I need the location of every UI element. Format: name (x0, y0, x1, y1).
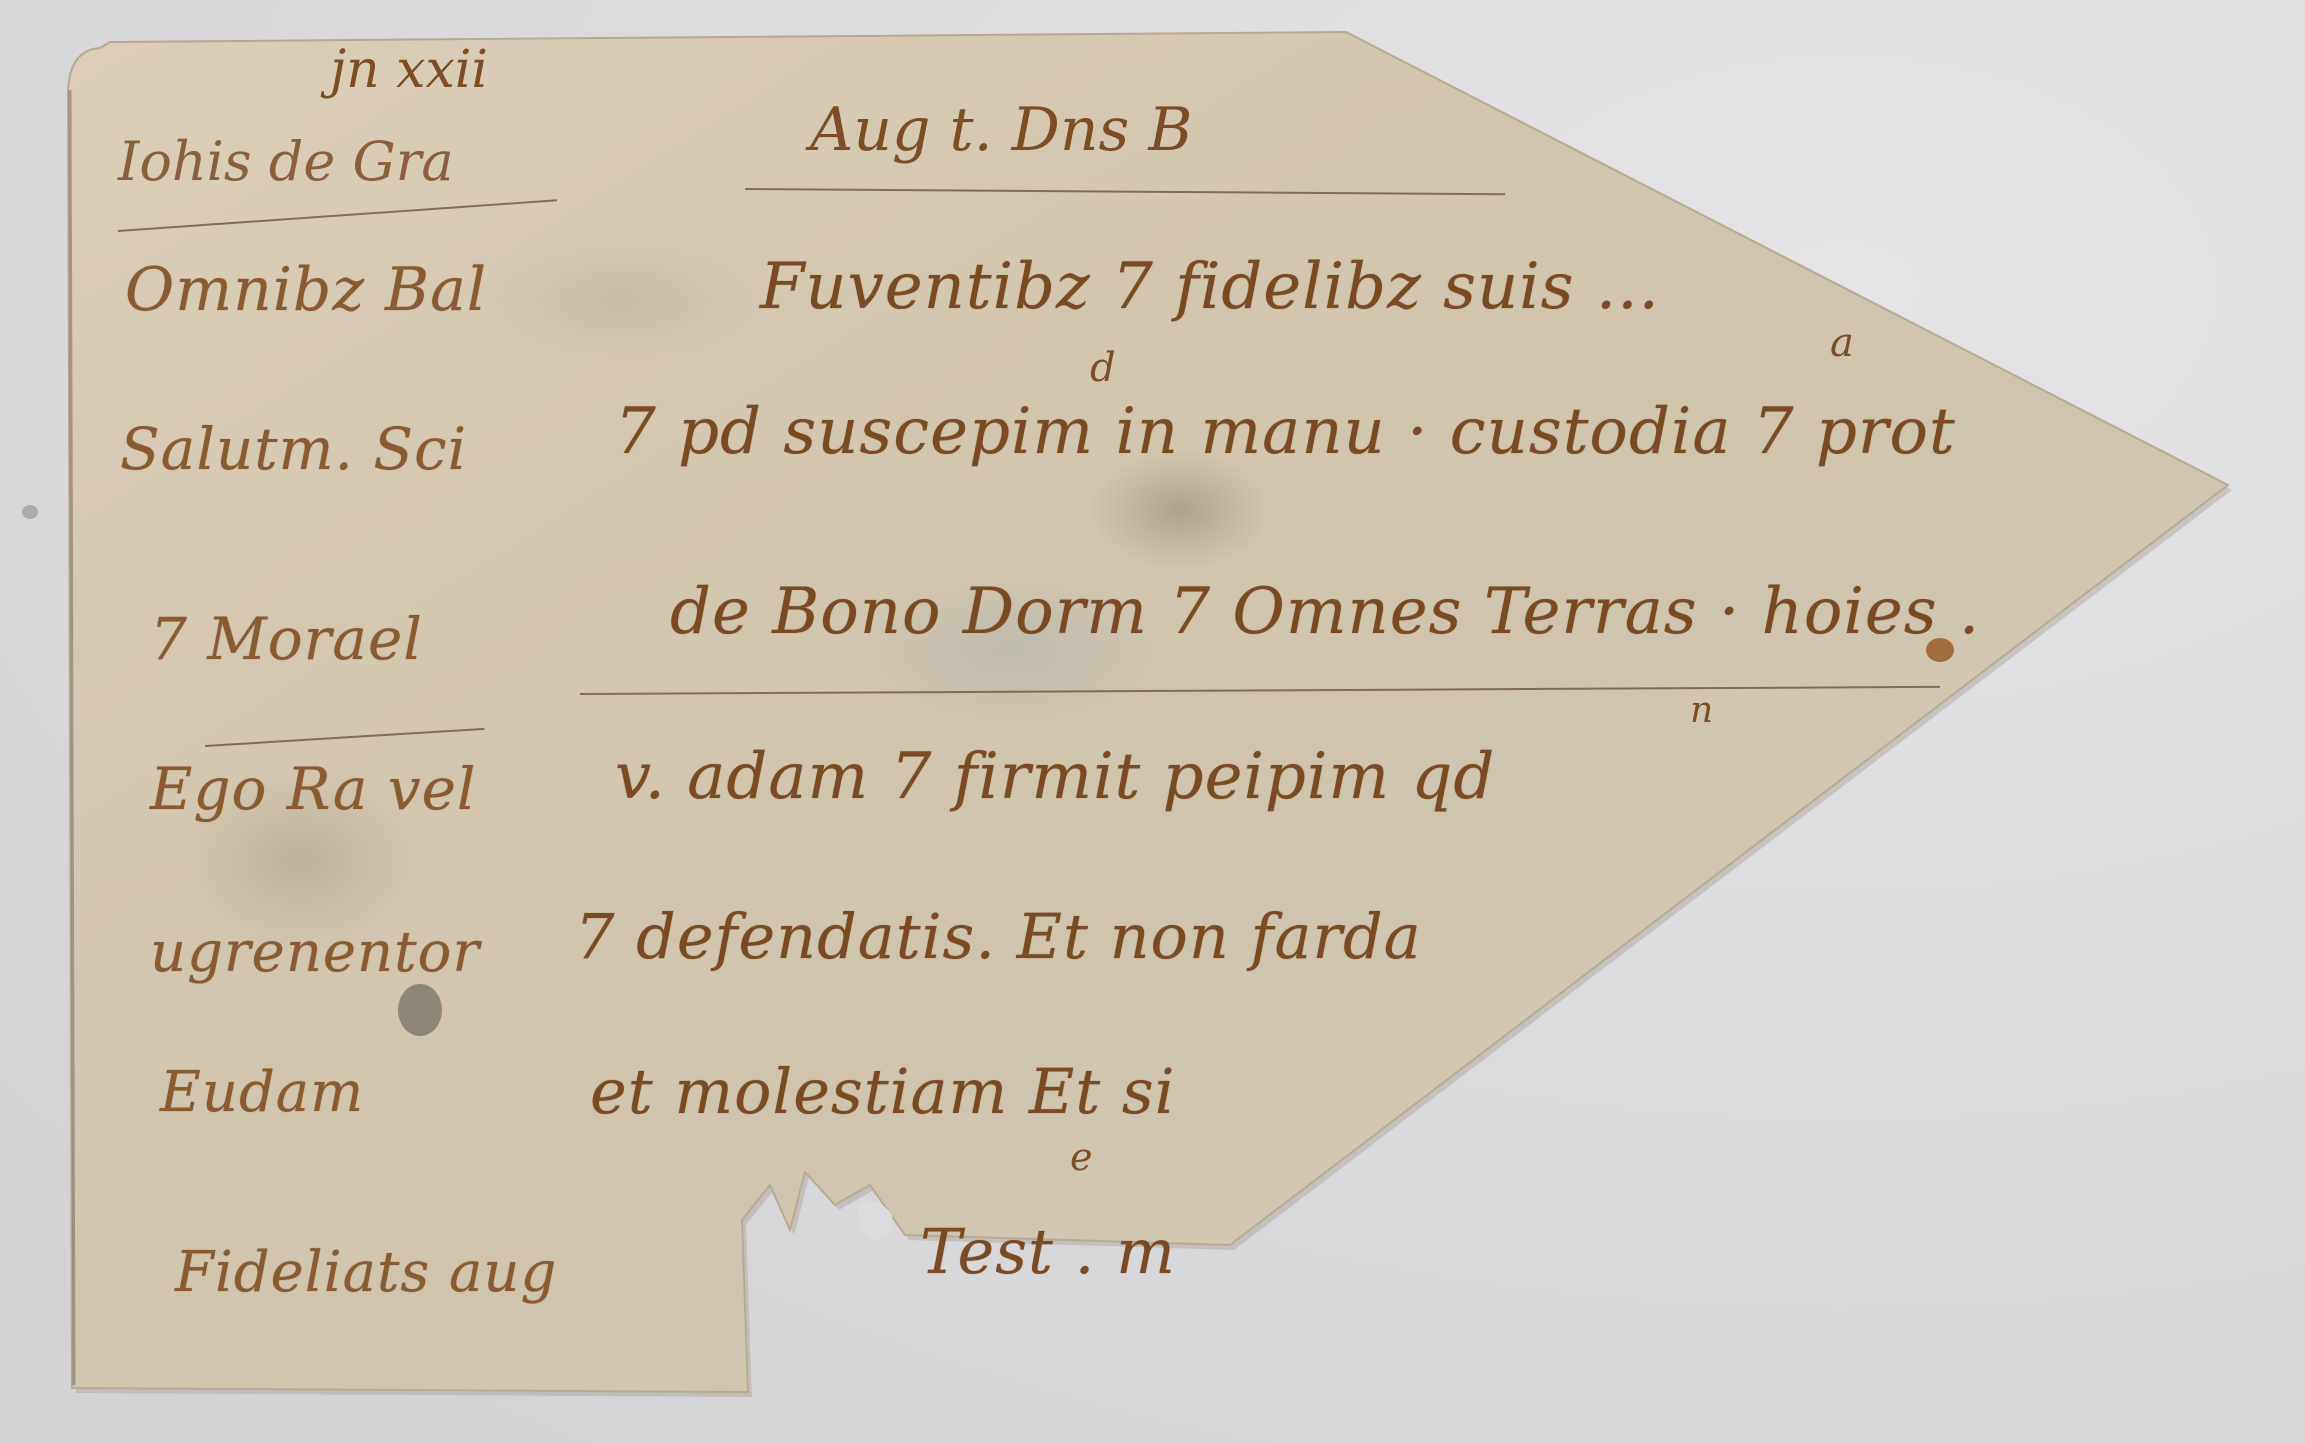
text-line-4: v. adam 7 firmit peipim qd (615, 740, 1495, 814)
margin-line-1: Omnibz Bal (125, 255, 487, 325)
margin-line-4: Ego Ra vel (150, 755, 476, 823)
margin-line-3: 7 Morael (150, 605, 423, 673)
text-line-7: Test . m (920, 1215, 1176, 1288)
interlinear-mark-2: a (1830, 320, 1854, 366)
interlinear-mark-3: n (1690, 690, 1713, 731)
top-margin-note: jn xxii (330, 40, 488, 100)
margin-line-6: Eudam (160, 1060, 364, 1125)
text-line-3: de Bono Dorm 7 Omnes Terras · hoies . (670, 575, 1980, 649)
heading-left: Iohis de Gra (118, 130, 454, 193)
interlinear-mark-4: e (1070, 1135, 1093, 1179)
margin-line-7: Fideliats aug (175, 1240, 557, 1305)
margin-line-2: Salutm. Sci (120, 415, 467, 483)
margin-line-5: ugrenentor (150, 920, 480, 985)
text-line-1: Fuventibz 7 fidelibz suis ... (760, 250, 1660, 324)
heading-right: Aug t. Dns B (810, 95, 1192, 165)
interlinear-mark-1: d (1090, 345, 1116, 391)
text-line-6: et molestiam Et si (590, 1055, 1176, 1128)
text-line-5: 7 defendatis. Et non farda (575, 900, 1422, 973)
text-line-2: 7 pd suscepim in manu · custodia 7 prot (615, 395, 1956, 469)
